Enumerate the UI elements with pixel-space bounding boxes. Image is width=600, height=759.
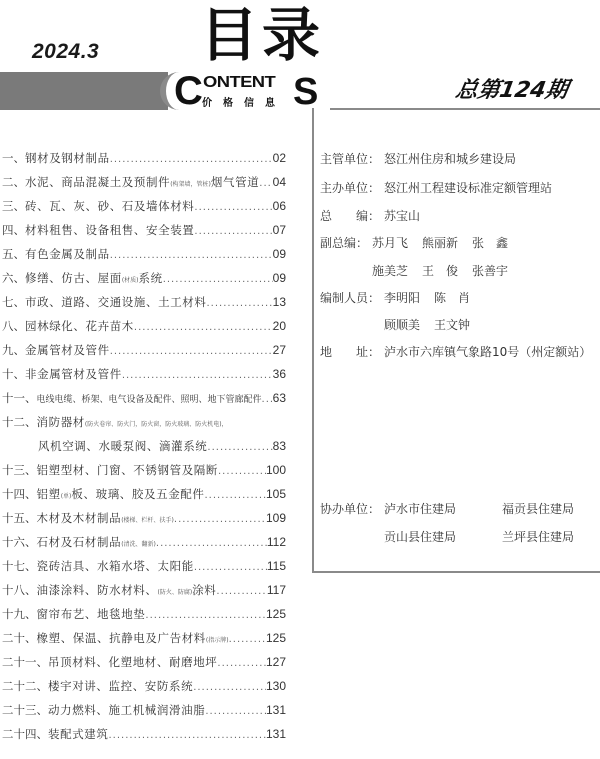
supervisor-row: 主管单位： 怒江州住房和城乡建设局 — [320, 150, 516, 167]
organizer-value: 怒江州工程建设标准定额管理站 — [384, 179, 552, 196]
toc-item[interactable]: 二、水泥、商品混凝土及预制件(构架墙，管桩)烟气管道04 — [2, 174, 286, 194]
contents-logo: C ONTENT S 价格信息 — [172, 70, 332, 112]
toc-item[interactable]: 十三、铝塑型材、门窗、不锈钢管及隔断100 — [2, 462, 286, 482]
address-value: 泸水市六库镇气象路10号（州定额站） — [384, 343, 591, 360]
toc-item[interactable]: 十二、消防器材(防火卷帘、防火门，防火窗，防火玻璃、防火机电)， — [2, 414, 286, 434]
total-issue-number: 总第124期 — [453, 73, 570, 104]
toc-item[interactable]: 十七、瓷砖洁具、水箱水塔、太阳能115 — [2, 558, 286, 578]
compiler: 李明阳 — [384, 291, 420, 305]
deputy-editors-row: 副总编： 苏月飞熊丽新张 鑫 — [320, 234, 522, 251]
chief-editor-label: 总 编： — [320, 207, 384, 224]
toc-item[interactable]: 八、园林绿化、花卉苗木20 — [2, 318, 286, 338]
toc-item[interactable]: 五、有色金属及制品09 — [2, 246, 286, 266]
supervisor-value: 怒江州住房和城乡建设局 — [384, 150, 516, 167]
organizer-row: 主办单位： 怒江州工程建设标准定额管理站 — [320, 179, 552, 196]
deputy-editor: 王 俊 — [422, 264, 458, 278]
compilers-row: 编制人员： 李明阳陈 肖 — [320, 289, 484, 306]
compilers-row-2: 顾顺美王文钟 — [320, 316, 484, 333]
toc-item[interactable]: 二十、橡塑、保温、抗静电及广告材料(指示牌)125 — [2, 630, 286, 650]
contents-logo-subtitle: 价格信息 — [202, 94, 286, 109]
supervisor-label: 主管单位： — [320, 150, 384, 167]
contents-logo-mid: ONTENT — [203, 75, 275, 91]
toc-item[interactable]: 十、非金属管材及管件36 — [2, 366, 286, 386]
compiler: 陈 肖 — [434, 291, 470, 305]
toc-item[interactable]: 二十二、楼宇对讲、监控、安防系统130 — [2, 678, 286, 698]
chief-editor-row: 总 编： 苏宝山 — [320, 207, 420, 224]
toc-item[interactable]: 十一、电线电缆、桥架、电气设备及配件、照明、地下管廊配件63 — [2, 390, 286, 410]
co-organizers-label: 协办单位： — [320, 500, 384, 517]
toc-item[interactable]: 四、材料租售、设备租售、安全装置07 — [2, 222, 286, 242]
toc-item[interactable]: 七、市政、道路、交通设施、土工材料13 — [2, 294, 286, 314]
toc-item[interactable]: 二十一、吊顶材料、化塑地材、耐磨地坪127 — [2, 654, 286, 674]
co-organizer: 福贡县住建局 — [502, 502, 574, 516]
header-divider — [330, 108, 600, 110]
co-organizer: 兰坪县住建局 — [502, 530, 574, 544]
toc-item[interactable]: 十九、窗帘布艺、地毯地垫125 — [2, 606, 286, 626]
co-organizers-row-2: 贡山县住建局兰坪县住建局 — [320, 528, 574, 545]
info-box-left-border — [312, 108, 314, 573]
toc-item[interactable]: 三、砖、瓦、灰、砂、石及墙体材料06 — [2, 198, 286, 218]
deputy-editor: 熊丽新 — [422, 236, 458, 250]
toc-item[interactable]: 二十四、装配式建筑131 — [2, 726, 286, 746]
co-organizer: 贡山县住建局 — [384, 528, 502, 545]
address-label: 地 址： — [320, 343, 384, 360]
toc-item[interactable]: 十五、木材及木材制品(楼梯、栏杆、扶手)109 — [2, 510, 286, 530]
toc-item[interactable]: 十四、铝塑(单)板、玻璃、胶及五金配件105 — [2, 486, 286, 506]
co-organizers-row: 协办单位：泸水市住建局福贡县住建局 — [320, 500, 574, 517]
toc-item[interactable]: 九、金属管材及管件27 — [2, 342, 286, 362]
compiler: 王文钟 — [434, 318, 470, 332]
toc-item-continued[interactable]: 风机空调、水暖泵阀、滴灌系统83 — [2, 438, 286, 458]
organizer-label: 主办单位： — [320, 179, 384, 196]
address-row: 地 址： 泸水市六库镇气象路10号（州定额站） — [320, 343, 591, 360]
toc-item[interactable]: 十六、石材及石材制品(清洗、翻新)112 — [2, 534, 286, 554]
co-organizer: 泸水市住建局 — [384, 500, 502, 517]
deputy-editors-label: 副总编： — [320, 234, 372, 251]
header-band — [0, 72, 168, 110]
toc-item[interactable]: 六、修缮、仿古、屋面(材质)系统09 — [2, 270, 286, 290]
deputy-editor: 张善宇 — [472, 264, 508, 278]
deputy-editor: 施美芝 — [372, 264, 408, 278]
compilers-label: 编制人员： — [320, 289, 384, 306]
contents-logo-s: S — [293, 72, 318, 112]
deputy-editors-row-2: 施美芝王 俊张善宇 — [320, 262, 522, 279]
year-issue: 2024.3 — [32, 40, 99, 64]
deputy-editor: 张 鑫 — [472, 236, 508, 250]
toc-item[interactable]: 十八、油漆涂料、防水材料、(防火、防腐)涂料117 — [2, 582, 286, 602]
page-title: 目录 — [200, 2, 324, 68]
toc-item[interactable]: 一、钢材及钢材制品02 — [2, 150, 286, 170]
compiler: 顾顺美 — [384, 318, 420, 332]
contents-logo-c: C — [174, 70, 203, 112]
toc-item[interactable]: 二十三、动力燃料、施工机械润滑油脂131 — [2, 702, 286, 722]
deputy-editor: 苏月飞 — [372, 236, 408, 250]
chief-editor-value: 苏宝山 — [384, 207, 420, 224]
info-box-bottom-border — [312, 571, 600, 573]
